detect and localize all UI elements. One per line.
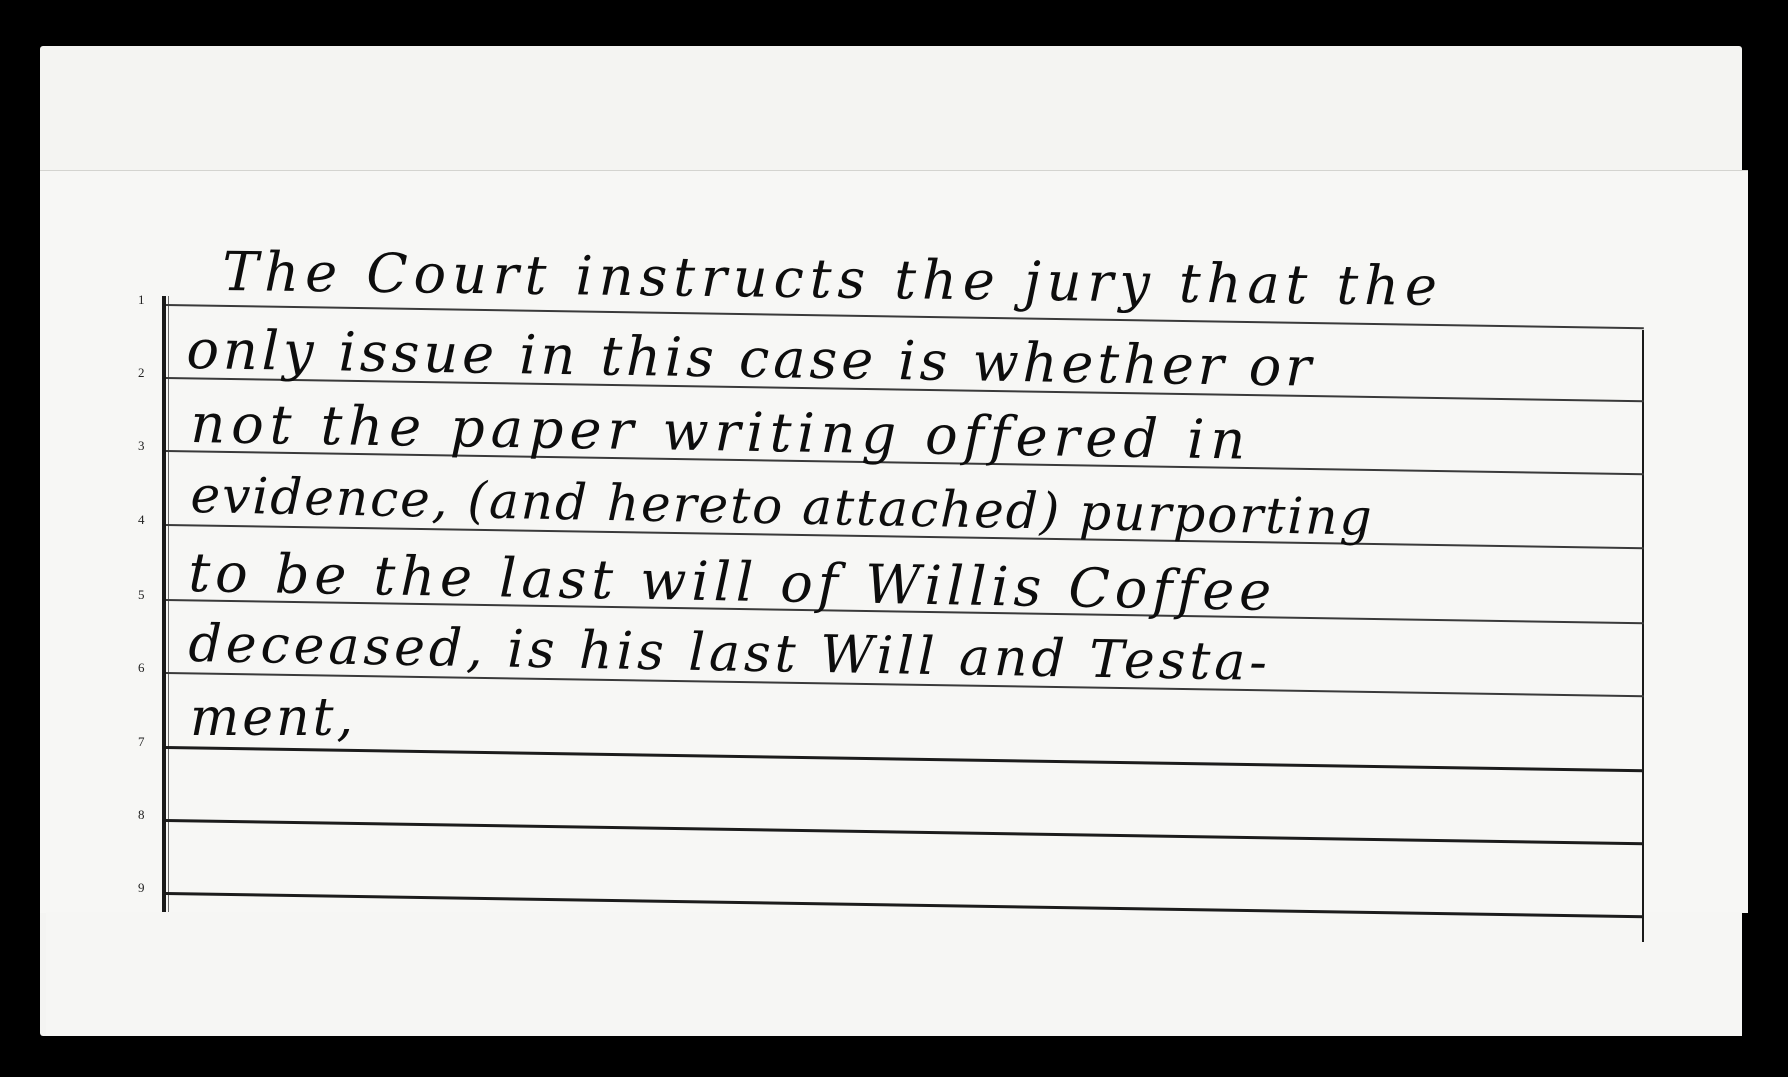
line-number: 2: [138, 365, 145, 381]
line-number: 3: [138, 438, 145, 454]
line-number: 5: [138, 587, 145, 603]
line-number: 9: [138, 880, 145, 896]
line-number: 7: [138, 734, 145, 750]
line-number: 8: [138, 807, 145, 823]
line-number: 4: [138, 512, 145, 528]
right-margin-rule: [1642, 330, 1644, 942]
line-number: 1: [138, 292, 145, 308]
line-number: 6: [138, 660, 145, 676]
paper-bottom-margin: [46, 912, 1742, 1036]
handwritten-line-7: ment,: [190, 688, 356, 748]
